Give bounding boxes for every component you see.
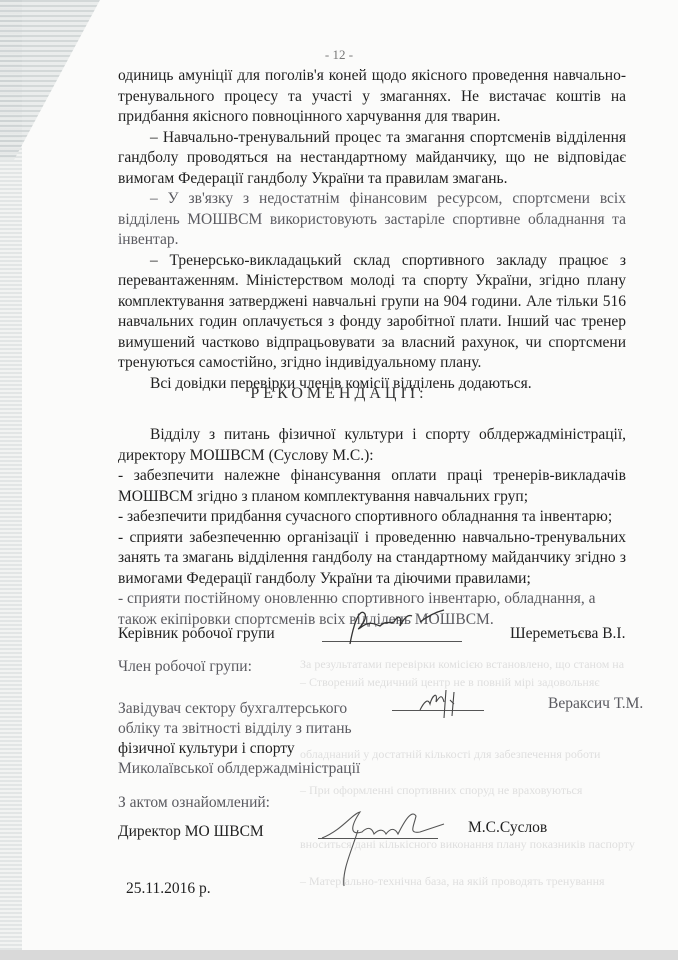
head-name: Шереметьєва В.І. [510, 625, 625, 643]
paragraph: – У зв'язку з недостатнім фінансовим рес… [118, 189, 626, 251]
recommendation-item: - сприяти забезпеченню організації і про… [118, 528, 626, 590]
page-number: - 12 - [0, 47, 678, 63]
findings-section: одиниць амуніції для поголів'я коней щод… [118, 66, 626, 394]
member-position-line: фізичної культури і спорту [118, 740, 295, 758]
member-position-line: Миколаївської облдержадміністрації [118, 760, 360, 778]
recommendation-item: - забезпечити належне фінансування оплат… [118, 466, 626, 507]
recommendations-intro: Відділу з питань фізичної культури і спо… [118, 425, 626, 466]
head-label: Керівник робочої групи [118, 625, 275, 643]
paragraph: – Тренерсько-викладацький склад спортивн… [118, 251, 626, 374]
member-position-line: Завідувач сектору бухгалтерського [118, 700, 347, 718]
document-date: 25.11.2016 р. [126, 880, 211, 898]
member-label: Член робочої групи: [118, 658, 252, 676]
document-page: За результатами перевірки комісією встан… [0, 0, 678, 950]
paragraph: одиниць амуніції для поголів'я коней щод… [118, 66, 626, 128]
member-name: Вераксич Т.М. [548, 695, 643, 713]
acknowledged-label: З актом ознайомлений: [118, 794, 270, 812]
director-name: М.С.Суслов [468, 819, 547, 837]
bleed-through-text: – При оформленні спортивних споруд не вр… [300, 781, 582, 799]
bleed-through-text: За результатами перевірки комісією встан… [300, 655, 624, 673]
recommendations-heading: РЕКОМЕНДАЦІЇ: [0, 385, 678, 403]
folded-corner-artifact [0, 0, 100, 160]
recommendation-item: - забезпечити придбання сучасного спорти… [118, 507, 626, 528]
paragraph: – Навчально-тренувальний процес та змага… [118, 128, 626, 190]
director-label: Директор МО ШВСМ [118, 823, 264, 841]
recommendations-section: Відділу з питань фізичної культури і спо… [118, 425, 626, 630]
member-position-line: обліку та звітності відділу з питань [118, 720, 352, 738]
